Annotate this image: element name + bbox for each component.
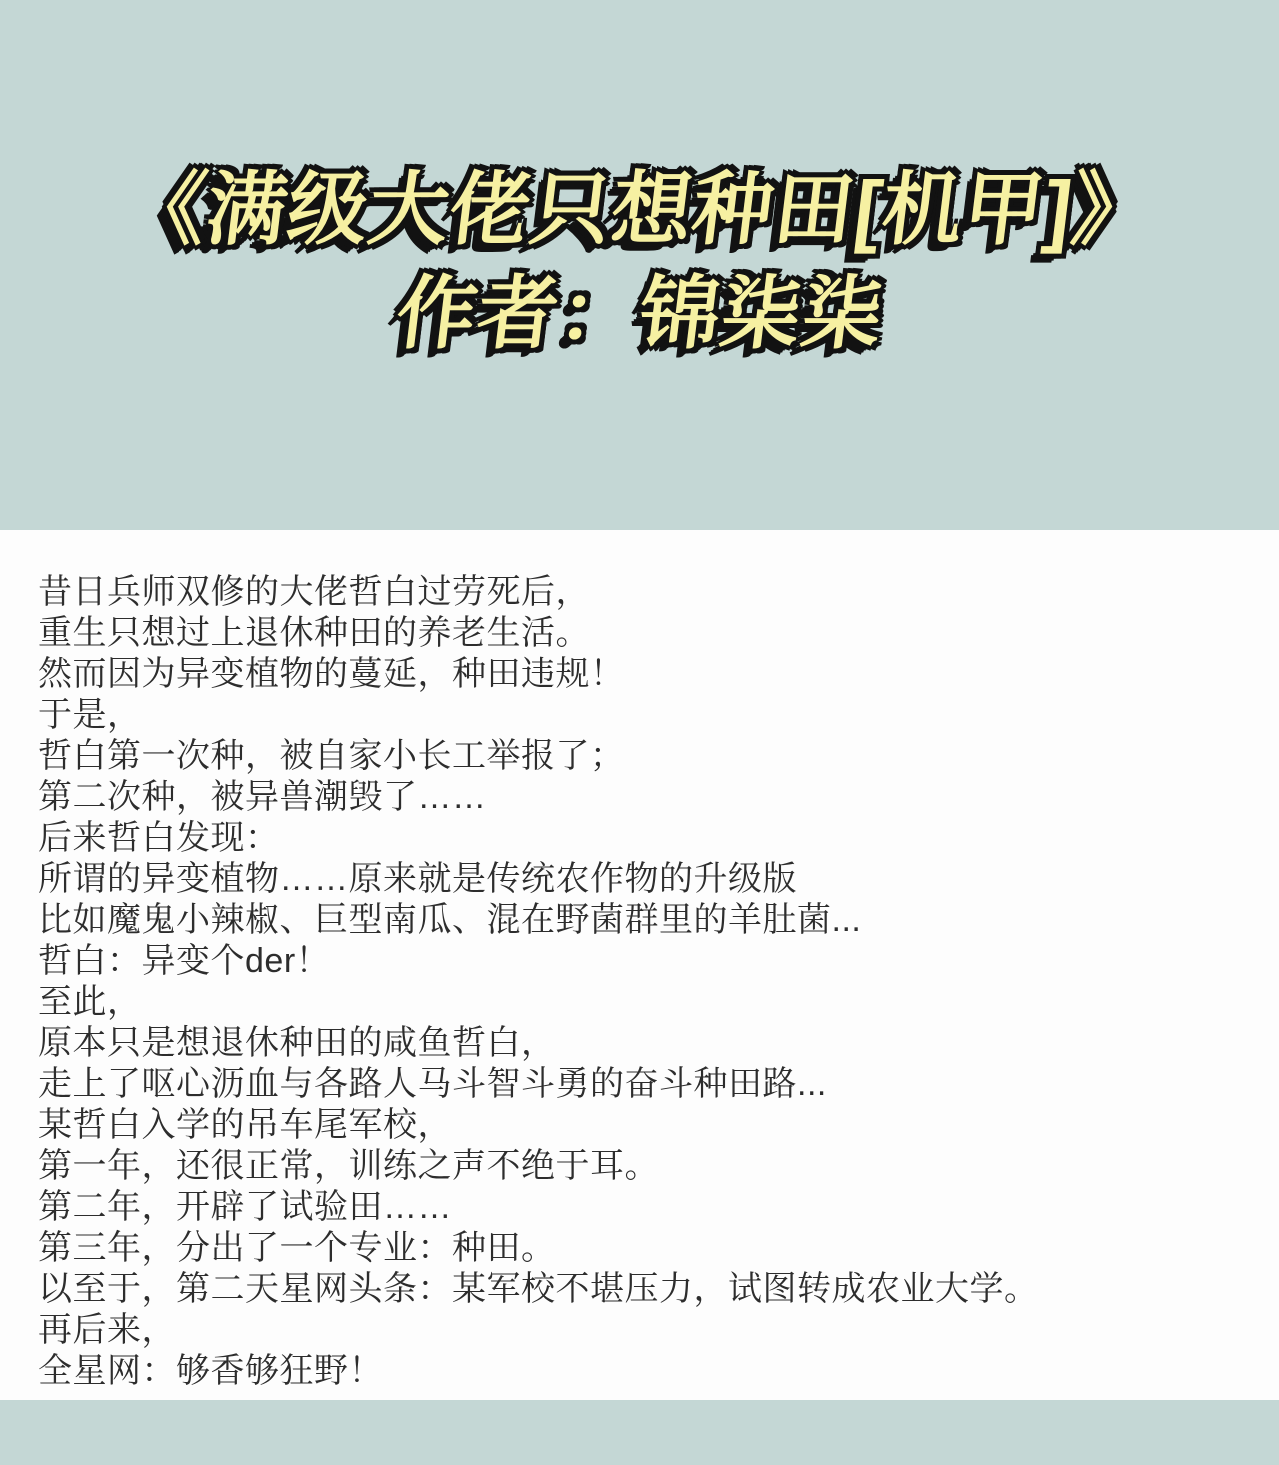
synopsis-line: 哲白：异变个der！ [38,941,1249,982]
synopsis-line: 后来哲白发现： [38,818,1249,859]
synopsis-line: 全星网：够香够狂野！ [38,1351,1249,1392]
bottom-band [0,1400,1279,1465]
synopsis-line: 然而因为异变植物的蔓延，种田违规！ [38,654,1249,695]
synopsis-line: 某哲白入学的吊车尾军校， [38,1105,1249,1146]
synopsis-line: 所谓的异变植物……原来就是传统农作物的升级版 [38,859,1249,900]
synopsis-line: 至此， [38,982,1249,1023]
synopsis-line: 以至于，第二天星网头条：某军校不堪压力，试图转成农业大学。 [38,1269,1249,1310]
synopsis-line: 哲白第一次种，被自家小长工举报了； [38,736,1249,777]
synopsis-line: 第二年，开辟了试验田…… [38,1187,1249,1228]
synopsis-line: 于是， [38,695,1249,736]
synopsis-line: 第二次种，被异兽潮毁了…… [38,777,1249,818]
synopsis-panel: 昔日兵师双修的大佬哲白过劳死后， 重生只想过上退休种田的养老生活。 然而因为异变… [0,530,1279,1400]
synopsis-line: 比如魔鬼小辣椒、巨型南瓜、混在野菌群里的羊肚菌... [38,900,1249,941]
book-intro-card: 《满级大佬只想种田[机甲]》 作者：锦柒柒 昔日兵师双修的大佬哲白过劳死后， 重… [0,0,1279,1465]
book-title: 《满级大佬只想种田[机甲]》 [119,158,1159,262]
synopsis-line: 第三年，分出了一个专业：种田。 [38,1228,1249,1269]
synopsis-line: 重生只想过上退休种田的养老生活。 [38,613,1249,654]
synopsis-line: 第一年，还很正常，训练之声不绝于耳。 [38,1146,1249,1187]
synopsis-line: 原本只是想退休种田的咸鱼哲白， [38,1023,1249,1064]
synopsis-line: 再后来， [38,1310,1249,1351]
synopsis-line: 昔日兵师双修的大佬哲白过劳死后， [38,572,1249,613]
book-author: 作者：锦柒柒 [390,262,889,366]
title-block: 《满级大佬只想种田[机甲]》 作者：锦柒柒 [0,0,1279,530]
synopsis-line: 走上了呕心沥血与各路人马斗智斗勇的奋斗种田路... [38,1064,1249,1105]
